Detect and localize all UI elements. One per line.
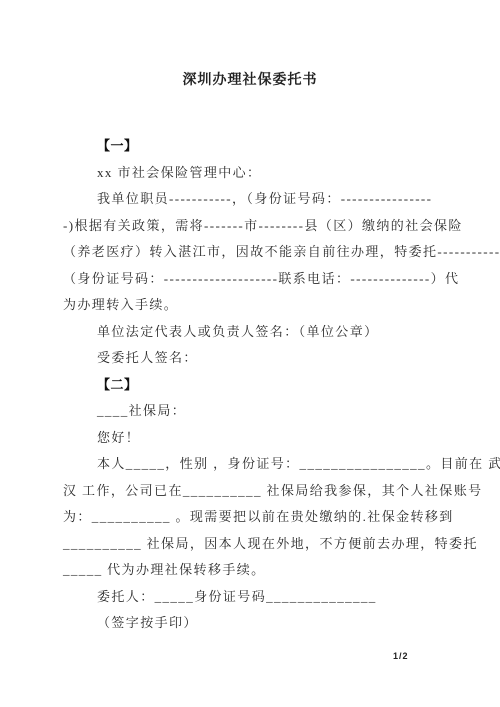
document-body: 【一】 xx 市社会保险管理中心： 我单位职员-----------，（身份证号… <box>0 133 500 637</box>
document-line: __________ 社保局，因本人现在外地，不方便前去办理，特委托 <box>63 531 440 558</box>
document-line: 我单位职员-----------，（身份证号码：---------------- <box>63 186 440 213</box>
document-line: _____ 代为办理社保转移手续。 <box>63 557 440 584</box>
document-line: 汉 工作，公司已在__________ 社保局给我参保，其个人社保账号 <box>63 478 440 505</box>
document-line: -)根据有关政策，需将-------市--------县（区）缴纳的社会保险 <box>63 213 440 240</box>
document-line: （养老医疗）转入湛江市，因故不能亲自前往办理，特委托----------- <box>63 239 440 266</box>
document-line: 您好！ <box>63 425 440 452</box>
document-line: ____社保局： <box>63 398 440 425</box>
document-line: xx 市社会保险管理中心： <box>63 160 440 187</box>
document-line: （身份证号码：--------------------联系电话：--------… <box>63 266 440 293</box>
signature-line-trustee: 受委托人签名： <box>63 345 440 372</box>
document-line: 本人_____，性别 ，身份证号：________________。目前在 武 <box>63 451 440 478</box>
section-2-marker: 【二】 <box>63 372 440 399</box>
signature-line-unit: 单位法定代表人或负责人签名：（单位公章） <box>63 319 440 346</box>
document-line: 为办理转入手续。 <box>63 292 440 319</box>
signature-line-principal: 委托人：_____身份证号码______________ <box>63 584 440 611</box>
document-title: 深圳办理社保委托书 <box>0 0 500 89</box>
page-number-indicator: 1/2 <box>393 651 409 661</box>
document-page: 深圳办理社保委托书 【一】 xx 市社会保险管理中心： 我单位职员-------… <box>0 0 500 707</box>
section-1-marker: 【一】 <box>63 133 440 160</box>
document-line: 为：__________ 。现需要把以前在贵处缴纳的.社保金转移到 <box>63 504 440 531</box>
fingerprint-note: （签字按手印） <box>63 610 440 637</box>
